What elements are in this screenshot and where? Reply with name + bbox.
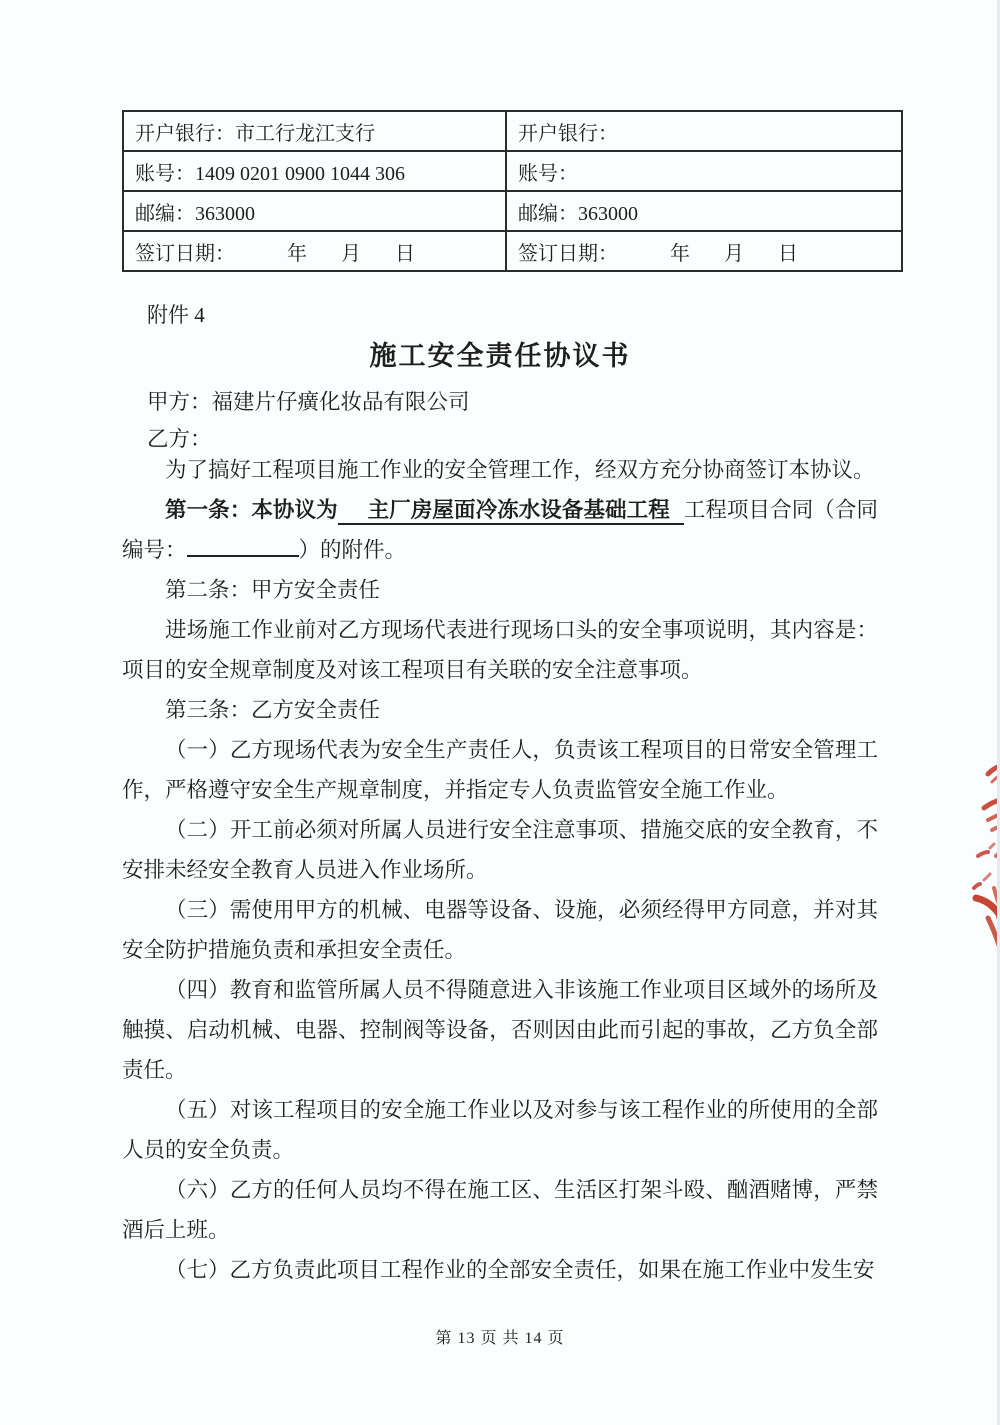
clause-item: （七）乙方负责此项目工程作业的全部安全责任，如果在施工作业中发生安 xyxy=(122,1250,878,1290)
year-label: 年 xyxy=(670,237,690,266)
clause-1-suffix: ）的附件。 xyxy=(299,538,407,562)
contract-number-blank xyxy=(187,534,299,558)
intro-paragraph: 为了搞好工程项目施工作业的安全管理工作，经双方充分协商签订本协议。 xyxy=(122,450,878,490)
clause-item: （二）开工前必须对所属人员进行安全注意事项、措施交底的安全教育，不安排未经安全教… xyxy=(122,810,878,890)
red-seal-mark xyxy=(964,760,1000,952)
day-label: 日 xyxy=(395,237,415,266)
party-a-line: 甲方：福建片仔癀化妆品有限公司 xyxy=(147,385,470,416)
clause-items: （一）乙方现场代表为安全生产责任人，负责该工程项目的日常安全管理工作，严格遵守安… xyxy=(122,730,878,1290)
year-label: 年 xyxy=(287,237,307,266)
project-name-underlined: 主厂房屋面冷冻水设备基础工程 xyxy=(338,498,684,525)
clause-2-heading: 第二条：甲方安全责任 xyxy=(122,570,878,610)
clause-3-heading: 第三条：乙方安全责任 xyxy=(122,690,878,730)
signing-date-label: 签订日期： xyxy=(518,237,618,266)
bank-name-cell-right: 开户银行： xyxy=(506,111,902,151)
day-label: 日 xyxy=(778,237,798,266)
postcode-cell-right: 邮编：363000 xyxy=(506,191,902,231)
document-body: 为了搞好工程项目施工作业的安全管理工作，经双方充分协商签订本协议。 第一条：本协… xyxy=(122,450,878,1290)
month-label: 月 xyxy=(724,237,744,266)
month-label: 月 xyxy=(341,237,361,266)
signing-date-label: 签订日期： xyxy=(135,237,235,266)
account-number-cell-left: 账号：1409 0201 0900 1044 306 xyxy=(123,151,506,191)
bank-info-table: 开户银行：市工行龙江支行 开户银行： 账号：1409 0201 0900 104… xyxy=(122,110,903,272)
page-number-footer: 第 13 页 共 14 页 xyxy=(0,1325,1000,1348)
bank-name-cell-left: 开户银行：市工行龙江支行 xyxy=(123,111,506,151)
clause-1-paragraph: 第一条：本协议为主厂房屋面冷冻水设备基础工程工程项目合同（合同编号：）的附件。 xyxy=(122,490,878,570)
table-row: 开户银行：市工行龙江支行 开户银行： xyxy=(123,111,902,151)
table-row: 账号：1409 0201 0900 1044 306 账号： xyxy=(123,151,902,191)
clause-item: （五）对该工程项目的安全施工作业以及对参与该工程作业的所使用的全部人员的安全负责… xyxy=(122,1090,878,1170)
postcode-cell-left: 邮编：363000 xyxy=(123,191,506,231)
signing-date-cell-right: 签订日期：年月日 xyxy=(506,231,902,271)
clause-item: （三）需使用甲方的机械、电器等设备、设施，必须经得甲方同意，并对其安全防护措施负… xyxy=(122,890,878,970)
clause-2-body: 进场施工作业前对乙方现场代表进行现场口头的安全事项说明，其内容是：项目的安全规章… xyxy=(122,610,878,690)
table-row: 签订日期：年月日 签订日期：年月日 xyxy=(123,231,902,271)
page-title: 施工安全责任协议书 xyxy=(122,334,878,373)
clause-item: （六）乙方的任何人员均不得在施工区、生活区打架斗殴、酗酒赌博，严禁酒后上班。 xyxy=(122,1170,878,1250)
scanned-contract-page: 开户银行：市工行龙江支行 开户银行： 账号：1409 0201 0900 104… xyxy=(0,0,1000,1425)
clause-item: （一）乙方现场代表为安全生产责任人，负责该工程项目的日常安全管理工作，严格遵守安… xyxy=(122,730,878,810)
table-row: 邮编：363000 邮编：363000 xyxy=(123,191,902,231)
clause-1-prefix: 第一条：本协议为 xyxy=(165,498,338,522)
signing-date-cell-left: 签订日期：年月日 xyxy=(123,231,506,271)
party-b-line: 乙方： xyxy=(147,422,212,453)
account-number-cell-right: 账号： xyxy=(506,151,902,191)
attachment-label: 附件 4 xyxy=(147,299,205,329)
clause-item: （四）教育和监管所属人员不得随意进入非该施工作业项目区域外的场所及触摸、启动机械… xyxy=(122,970,878,1090)
